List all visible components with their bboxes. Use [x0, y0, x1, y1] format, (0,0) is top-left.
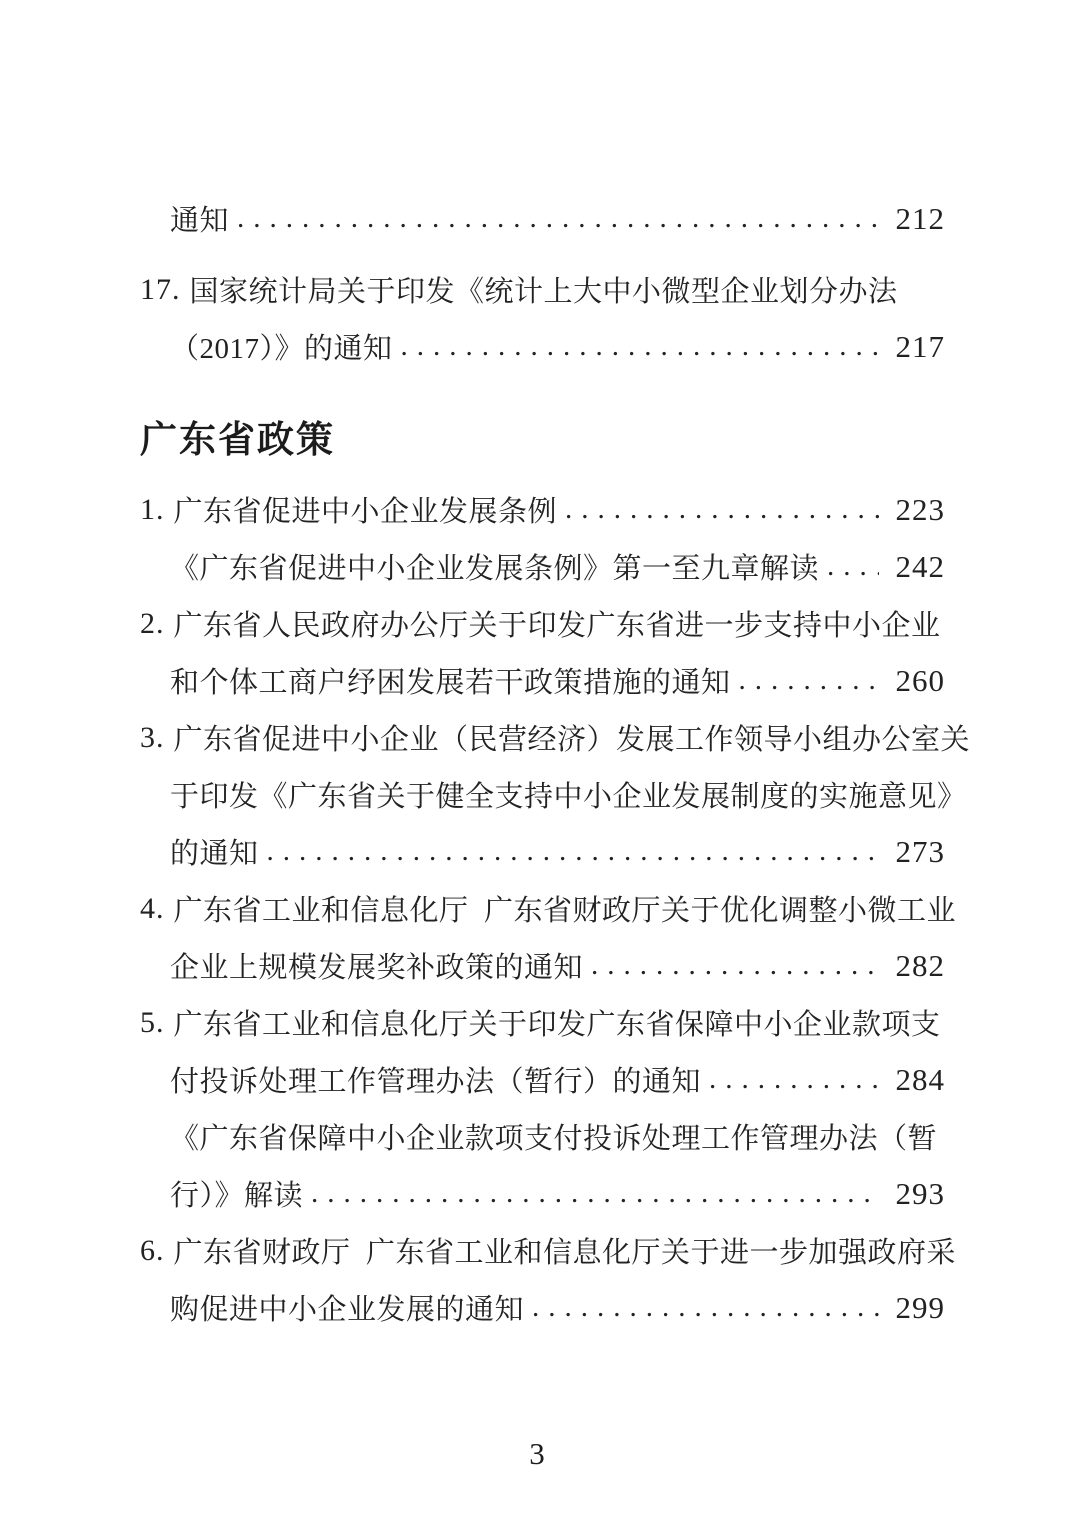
entry-text: 广东省工业和信息化厅关于印发广东省保障中小企业款项支 — [174, 1002, 941, 1043]
entry-page-number: 260 — [893, 663, 945, 699]
toc-line: 企业上规模发展奖补政策的通知..........................… — [140, 937, 945, 994]
entry-page-number: 242 — [893, 549, 945, 585]
entry-text: 付投诉处理工作管理办法（暂行）的通知 — [170, 1059, 701, 1100]
toc-line: 的通知.....................................… — [140, 823, 945, 880]
dot-leader: ........................................… — [565, 493, 879, 526]
toc-line: 和个体工商户纾困发展若干政策措施的通知.....................… — [140, 652, 945, 709]
entry-text: 购促进中小企业发展的通知 — [170, 1287, 524, 1328]
dot-leader: ........................................… — [827, 550, 879, 583]
entry-page-number: 223 — [893, 492, 945, 528]
entry-number: 17. — [140, 273, 181, 307]
dot-leader: ........................................… — [311, 1177, 879, 1210]
toc-line: （2017）》的通知..............................… — [140, 318, 945, 375]
entry-number: 2. — [140, 607, 165, 641]
dot-leader: ........................................… — [532, 1291, 879, 1324]
dot-leader: ........................................… — [237, 202, 879, 235]
toc-line: 2.广东省人民政府办公厅关于印发广东省进一步支持中小企业 — [140, 595, 945, 652]
document-page: 通知......................................… — [0, 0, 1080, 1527]
page-number: 3 — [0, 1436, 1074, 1472]
toc-line: 《广东省保障中小企业款项支付投诉处理工作管理办法（暂 — [140, 1108, 945, 1165]
section-header: 广东省政策 — [140, 411, 945, 471]
entry-text: 广东省促进中小企业（民营经济）发展工作领导小组办公室关 — [174, 717, 971, 758]
entry-text: 行）》解读 — [170, 1173, 303, 1214]
entry-text: 通知 — [170, 198, 229, 239]
entry-number: 6. — [140, 1234, 165, 1268]
entry-page-number: 212 — [893, 201, 945, 237]
dot-leader: ........................................… — [739, 664, 879, 697]
entry-page-number: 217 — [893, 329, 945, 365]
toc-line: 行）》解读...................................… — [140, 1165, 945, 1222]
entry-page-number: 273 — [893, 834, 945, 870]
entry-number: 1. — [140, 493, 165, 527]
entry-text: 广东省促进中小企业发展条例 — [174, 489, 558, 530]
entry-text: 国家统计局关于印发《统计上大中小微型企业划分办法 — [190, 269, 898, 310]
toc-line: 通知......................................… — [140, 190, 945, 247]
entry-page-number: 284 — [893, 1062, 945, 1098]
toc-line: 1.广东省促进中小企业发展条例.........................… — [140, 481, 945, 538]
entry-text: 《广东省促进中小企业发展条例》第一至九章解读 — [170, 546, 819, 587]
entry-text: 广东省人民政府办公厅关于印发广东省进一步支持中小企业 — [174, 603, 941, 644]
dot-leader: ........................................… — [709, 1063, 879, 1096]
entry-number: 5. — [140, 1006, 165, 1040]
entry-text: 《广东省保障中小企业款项支付投诉处理工作管理办法（暂 — [170, 1116, 937, 1157]
entry-text: 企业上规模发展奖补政策的通知 — [170, 945, 583, 986]
dot-leader: ........................................… — [401, 330, 879, 363]
entry-number: 4. — [140, 892, 165, 926]
toc-line: 付投诉处理工作管理办法（暂行）的通知......................… — [140, 1051, 945, 1108]
entry-number: 3. — [140, 721, 165, 755]
entry-page-number: 282 — [893, 948, 945, 984]
entry-text: 和个体工商户纾困发展若干政策措施的通知 — [170, 660, 731, 701]
toc-line: 17.国家统计局关于印发《统计上大中小微型企业划分办法 — [140, 261, 945, 318]
entry-text: 于印发《广东省关于健全支持中小企业发展制度的实施意见》 — [170, 774, 967, 815]
toc-line: 3.广东省促进中小企业（民营经济）发展工作领导小组办公室关 — [140, 709, 945, 766]
dot-leader: ........................................… — [267, 835, 879, 868]
toc-line: 6.广东省财政厅 广东省工业和信息化厅关于进一步加强政府采 — [140, 1222, 945, 1279]
table-of-contents: 通知......................................… — [140, 190, 945, 1336]
entry-page-number: 293 — [893, 1176, 945, 1212]
dot-leader: ........................................… — [591, 949, 879, 982]
entry-text: （2017）》的通知 — [170, 326, 393, 367]
toc-line: 5.广东省工业和信息化厅关于印发广东省保障中小企业款项支 — [140, 994, 945, 1051]
entry-text: 广东省财政厅 广东省工业和信息化厅关于进一步加强政府采 — [174, 1230, 957, 1271]
toc-line: 于印发《广东省关于健全支持中小企业发展制度的实施意见》 — [140, 766, 945, 823]
toc-line: 《广东省促进中小企业发展条例》第一至九章解读..................… — [140, 538, 945, 595]
entry-page-number: 299 — [893, 1290, 945, 1326]
toc-line: 4.广东省工业和信息化厅 广东省财政厅关于优化调整小微工业 — [140, 880, 945, 937]
entry-text: 的通知 — [170, 831, 259, 872]
toc-line: 购促进中小企业发展的通知............................… — [140, 1279, 945, 1336]
entry-text: 广东省工业和信息化厅 广东省财政厅关于优化调整小微工业 — [174, 888, 957, 929]
